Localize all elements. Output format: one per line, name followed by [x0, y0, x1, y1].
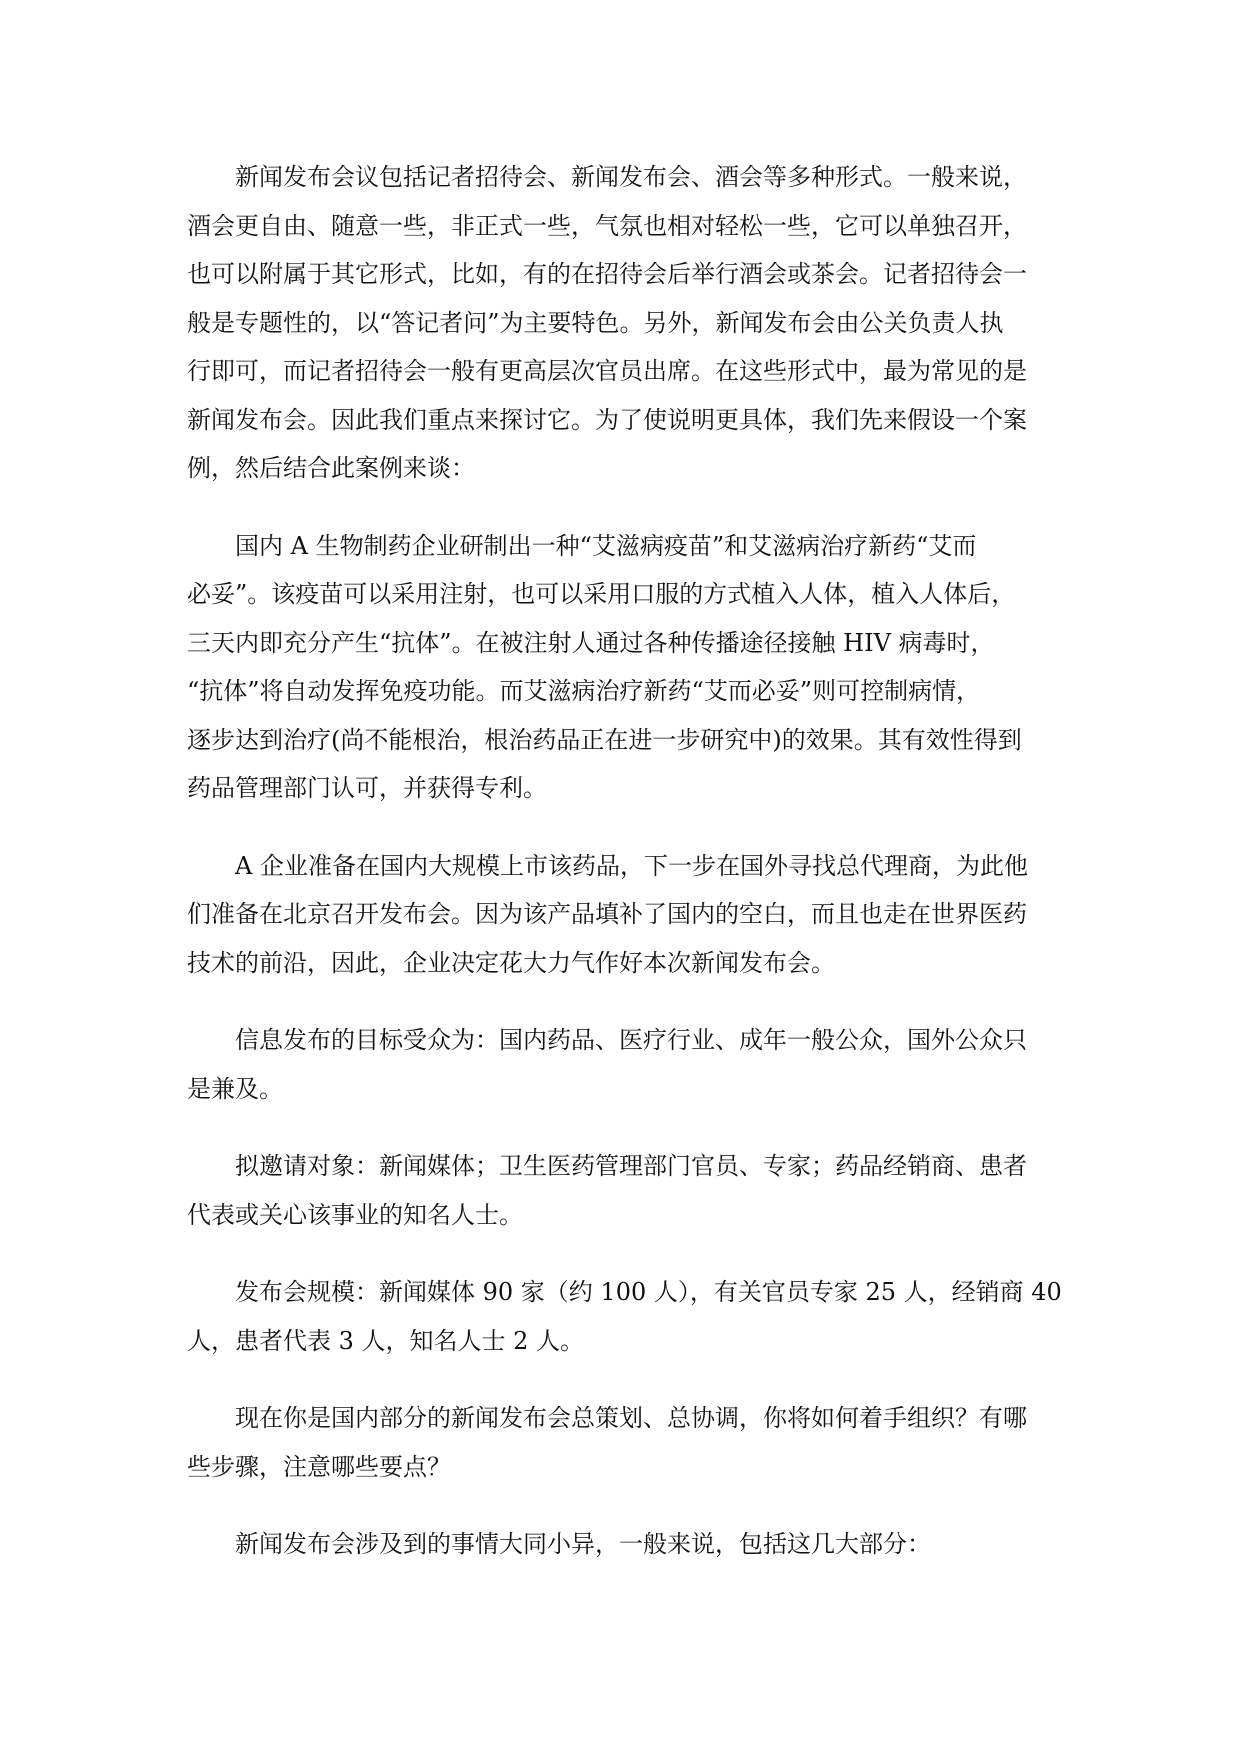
- text-line: 技术的前沿，因此，企业决定花大力气作好本次新闻发布会。: [187, 939, 1057, 988]
- document-page: 新闻发布会议包括记者招待会、新闻发布会、酒会等多种形式。一般来说， 酒会更自由、…: [187, 153, 1057, 1598]
- text-line: 国内 A 生物制药企业研制出一种“艾滋病疫苗”和艾滋病治疗新药“艾而: [187, 522, 1057, 571]
- paragraph-launch-plan: A 企业准备在国内大规模上市该药品，下一步在国外寻找总代理商，为此他 们准备在北…: [187, 842, 1057, 988]
- paragraph-target-audience: 信息发布的目标受众为：国内药品、医疗行业、成年一般公众，国外公众只 是兼及。: [187, 1016, 1057, 1113]
- text-line: “抗体”将自动发挥免疫功能。而艾滋病治疗新药“艾而必妥”则可控制病情，: [187, 667, 1057, 716]
- text-line: 行即可，而记者招待会一般有更高层次官员出席。在这些形式中，最为常见的是: [187, 347, 1057, 396]
- text-line: 拟邀请对象：新闻媒体；卫生医药管理部门官员、专家；药品经销商、患者: [187, 1142, 1057, 1191]
- paragraph-invitees: 拟邀请对象：新闻媒体；卫生医药管理部门官员、专家；药品经销商、患者 代表或关心该…: [187, 1142, 1057, 1239]
- text-line: A 企业准备在国内大规模上市该药品，下一步在国外寻找总代理商，为此他: [187, 842, 1057, 891]
- text-line: 例，然后结合此案例来谈：: [187, 444, 1057, 493]
- text-line: 些步骤，注意哪些要点？: [187, 1443, 1057, 1492]
- text-line: 新闻发布会。因此我们重点来探讨它。为了使说明更具体，我们先来假设一个案: [187, 396, 1057, 445]
- text-line: 三天内即充分产生“抗体”。在被注射人通过各种传播途径接触 HIV 病毒时，: [187, 619, 1057, 668]
- text-line: 酒会更自由、随意一些，非正式一些，气氛也相对轻松一些，它可以单独召开，: [187, 202, 1057, 251]
- text-line: 现在你是国内部分的新闻发布会总策划、总协调，你将如何着手组织？有哪: [187, 1394, 1057, 1443]
- text-line: 代表或关心该事业的知名人士。: [187, 1191, 1057, 1240]
- text-line: 新闻发布会议包括记者招待会、新闻发布会、酒会等多种形式。一般来说，: [187, 153, 1057, 202]
- paragraph-parts-intro: 新闻发布会涉及到的事情大同小异，一般来说，包括这几大部分：: [187, 1520, 1057, 1569]
- text-line: 信息发布的目标受众为：国内药品、医疗行业、成年一般公众，国外公众只: [187, 1016, 1057, 1065]
- text-line: 新闻发布会涉及到的事情大同小异，一般来说，包括这几大部分：: [187, 1520, 1057, 1569]
- text-line: 逐步达到治疗(尚不能根治，根治药品正在进一步研究中)的效果。其有效性得到: [187, 716, 1057, 765]
- paragraph-press-conference-forms: 新闻发布会议包括记者招待会、新闻发布会、酒会等多种形式。一般来说， 酒会更自由、…: [187, 153, 1057, 493]
- text-line: 是兼及。: [187, 1065, 1057, 1114]
- text-line: 般是专题性的，以“答记者问”为主要特色。另外，新闻发布会由公关负责人执: [187, 299, 1057, 348]
- text-line: 也可以附属于其它形式，比如，有的在招待会后举行酒会或茶会。记者招待会一: [187, 250, 1057, 299]
- paragraph-case-background: 国内 A 生物制药企业研制出一种“艾滋病疫苗”和艾滋病治疗新药“艾而 必妥”。该…: [187, 522, 1057, 813]
- paragraph-scale: 发布会规模：新闻媒体 90 家（约 100 人），有关官员专家 25 人，经销商…: [187, 1268, 1057, 1365]
- text-line: 发布会规模：新闻媒体 90 家（约 100 人），有关官员专家 25 人，经销商…: [187, 1268, 1057, 1317]
- text-line: 药品管理部门认可，并获得专利。: [187, 764, 1057, 813]
- text-line: 们准备在北京召开发布会。因为该产品填补了国内的空白，而且也走在世界医药: [187, 890, 1057, 939]
- text-line: 人，患者代表 3 人，知名人士 2 人。: [187, 1317, 1057, 1366]
- paragraph-question: 现在你是国内部分的新闻发布会总策划、总协调，你将如何着手组织？有哪 些步骤，注意…: [187, 1394, 1057, 1491]
- text-line: 必妥”。该疫苗可以采用注射，也可以采用口服的方式植入人体，植入人体后，: [187, 570, 1057, 619]
